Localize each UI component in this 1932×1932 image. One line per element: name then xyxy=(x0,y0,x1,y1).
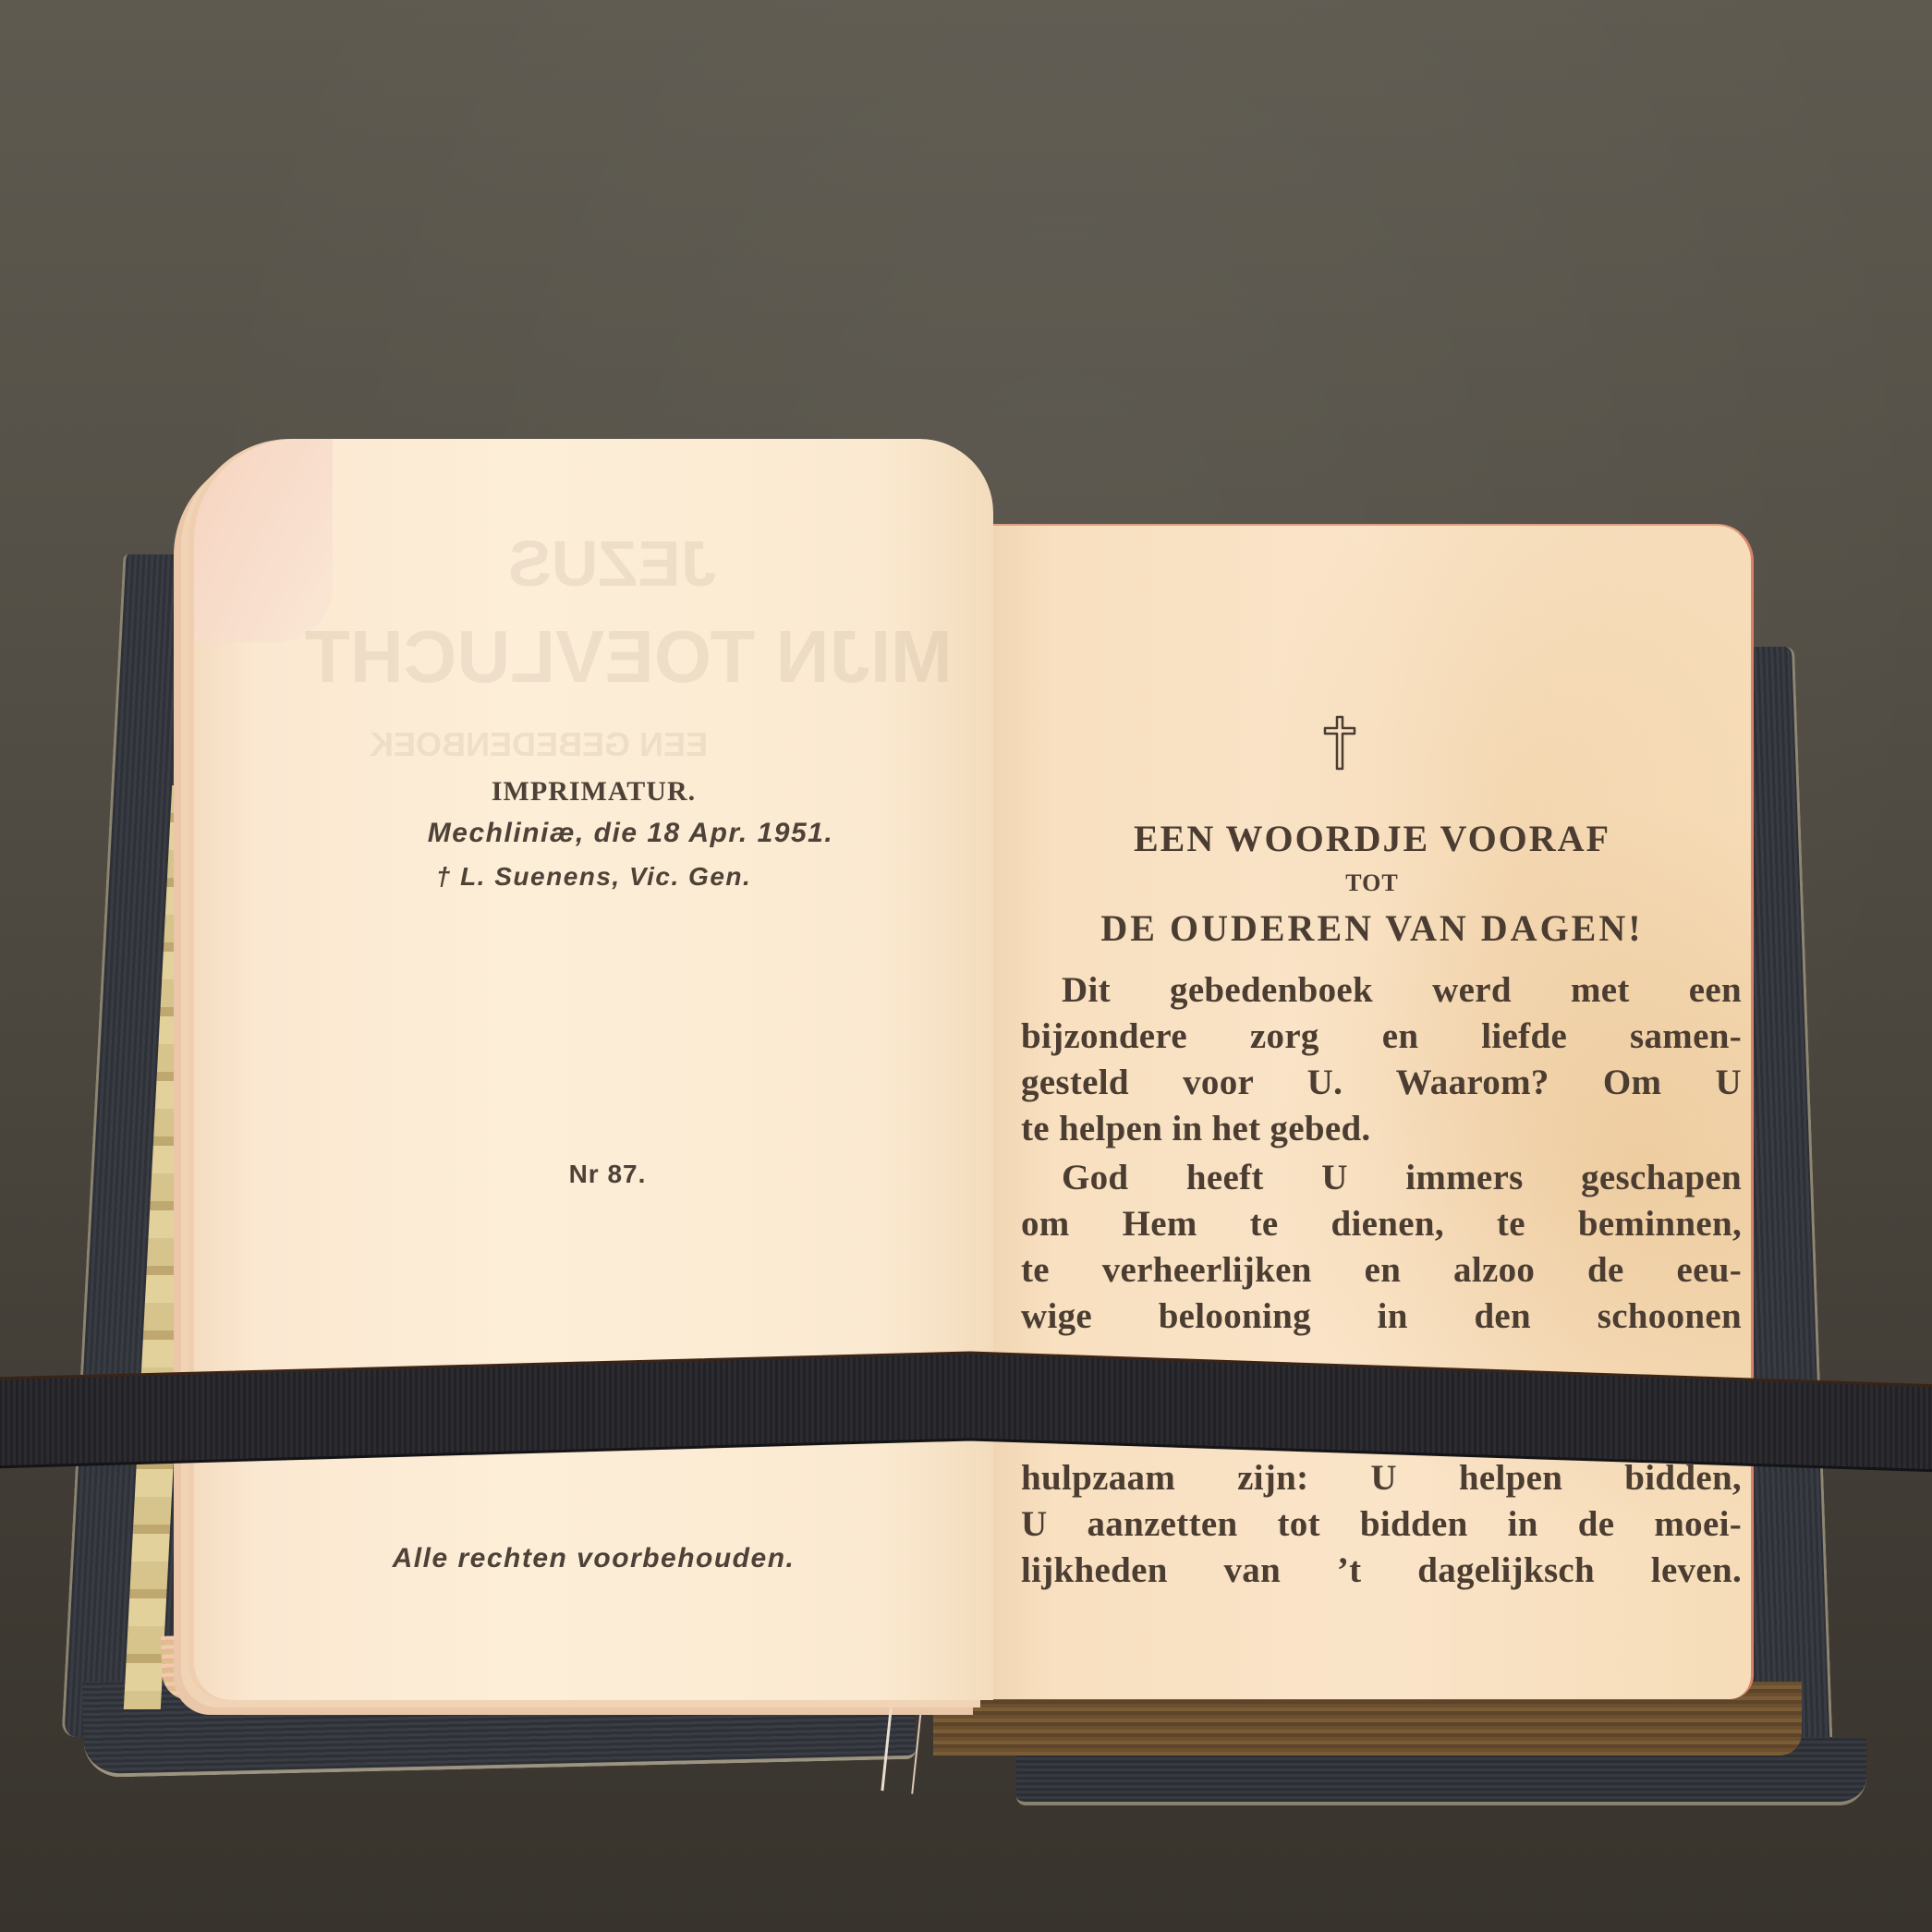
photo-scene: JEZUS MIJN TOEVLUCHT EEN GEBEDENBOEK IMP… xyxy=(0,0,1932,1932)
imprimatur-title: IMPRIMATUR. xyxy=(194,776,993,808)
bleed-through-text: EEN GEBEDENBOEK xyxy=(370,725,708,764)
cross-icon xyxy=(1321,715,1358,771)
heading-line-1: EEN WOORDJE VOORAF xyxy=(993,817,1751,860)
body-line: om Hem te dienen, te beminnen, xyxy=(1021,1203,1742,1245)
elastic-band xyxy=(0,1340,1932,1488)
rights-notice: Alle rechten voorbehouden. xyxy=(194,1543,993,1574)
body-line: te helpen in het gebed. xyxy=(1021,1108,1742,1149)
heading-line-2: TOT xyxy=(993,869,1751,897)
imprimatur-place-date: Mechliniæ, die 18 Apr. 1951. xyxy=(194,818,993,849)
heading-line-3: DE OUDEREN VAN DAGEN! xyxy=(993,906,1751,950)
body-line: bijzondere zorg en liefde samen- xyxy=(1021,1015,1742,1057)
bleed-through-text: MIJN TOEVLUCHT xyxy=(305,614,953,699)
edition-number: Nr 87. xyxy=(194,1160,993,1189)
body-line: lijkheden van ’t dagelijksch leven. xyxy=(1021,1549,1742,1591)
body-line: Dit gebedenboek werd met een xyxy=(1021,969,1742,1011)
body-line: wige belooning in den schoonen xyxy=(1021,1295,1742,1337)
body-line: God heeft U immers geschapen xyxy=(1021,1157,1742,1198)
bleed-through-text: JEZUS xyxy=(508,527,717,601)
body-line: te verheerlijken en alzoo de eeu- xyxy=(1021,1249,1742,1291)
body-line: U aanzetten tot bidden in de moei- xyxy=(1021,1503,1742,1545)
left-page: JEZUS MIJN TOEVLUCHT EEN GEBEDENBOEK IMP… xyxy=(194,439,993,1700)
curled-page-corner xyxy=(194,439,333,642)
imprimatur-signature: † L. Suenens, Vic. Gen. xyxy=(194,862,993,892)
body-line: gesteld voor U. Waarom? Om U xyxy=(1021,1062,1742,1103)
right-page: EEN WOORDJE VOORAF TOT DE OUDEREN VAN DA… xyxy=(993,524,1754,1699)
